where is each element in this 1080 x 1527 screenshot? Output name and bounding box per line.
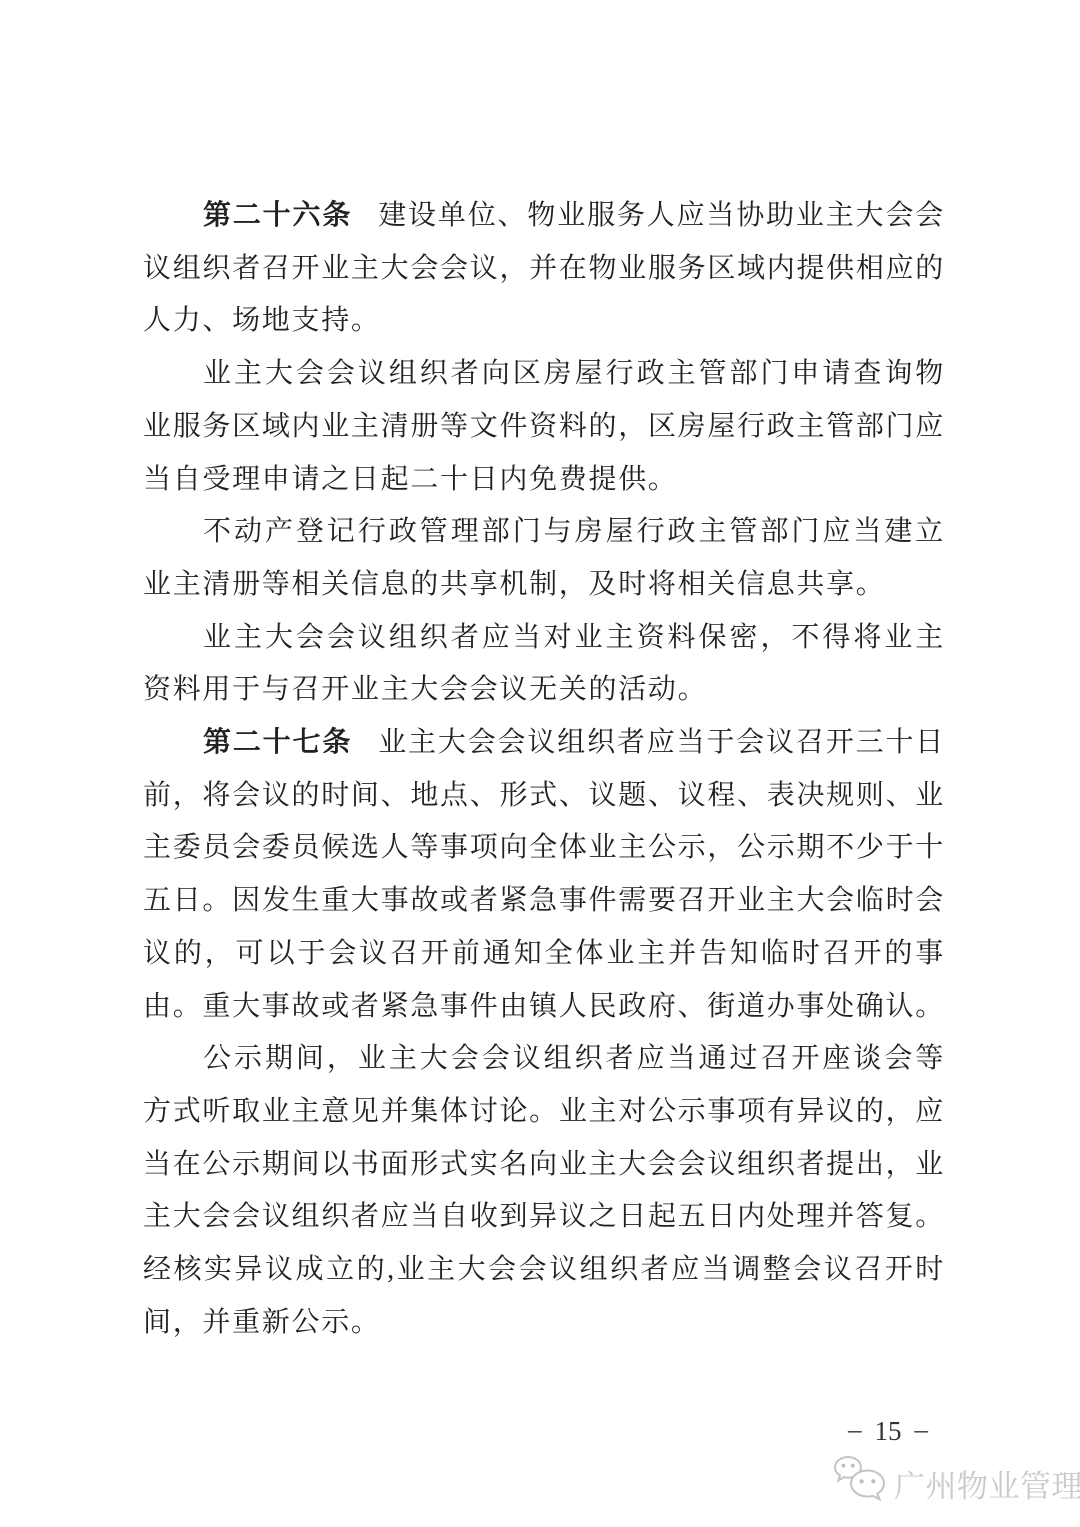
- paragraph-text: 业主大会会议组织者向区房屋行政主管部门申请查询物业服务区域内业主清册等文件资料的…: [143, 358, 945, 494]
- paragraph: 业主大会会议组织者向区房屋行政主管部门申请查询物业服务区域内业主清册等文件资料的…: [143, 348, 945, 506]
- document-body: 第二十六条建设单位、物业服务人应当协助业主大会会议组织者召开业主大会会议，并在物…: [143, 190, 945, 1349]
- paragraph-article-26: 第二十六条建设单位、物业服务人应当协助业主大会会议组织者召开业主大会会议，并在物…: [143, 190, 945, 348]
- watermark-text: 广州物业管理: [894, 1461, 1080, 1506]
- paragraph-article-27: 第二十七条业主大会会议组织者应当于会议召开三十日前，将会议的时间、地点、形式、议…: [143, 717, 945, 1033]
- article-27-number: 第二十七条: [203, 727, 352, 758]
- paragraph-text: 业主大会会议组织者应当于会议召开三十日前，将会议的时间、地点、形式、议题、议程、…: [143, 727, 945, 1022]
- page-number-value: 15: [875, 1416, 902, 1446]
- paragraph-text: 业主大会会议组织者应当对业主资料保密，不得将业主资料用于与召开业主大会会议无关的…: [143, 622, 945, 706]
- wechat-icon: [831, 1454, 889, 1512]
- document-page: 第二十六条建设单位、物业服务人应当协助业主大会会议组织者召开业主大会会议，并在物…: [0, 0, 1080, 1527]
- paragraph-text: 公示期间，业主大会会议组织者应当通过召开座谈会等方式听取业主意见并集体讨论。业主…: [143, 1043, 945, 1338]
- article-26-number: 第二十六条: [203, 200, 352, 231]
- paragraph: 公示期间，业主大会会议组织者应当通过召开座谈会等方式听取业主意见并集体讨论。业主…: [143, 1033, 945, 1349]
- page-number-left-dash: –: [848, 1414, 862, 1445]
- paragraph: 不动产登记行政管理部门与房屋行政主管部门应当建立业主清册等相关信息的共享机制，及…: [143, 506, 945, 611]
- paragraph-text: 不动产登记行政管理部门与房屋行政主管部门应当建立业主清册等相关信息的共享机制，及…: [143, 516, 945, 600]
- page-number-right-dash: –: [915, 1414, 929, 1445]
- paragraph: 业主大会会议组织者应当对业主资料保密，不得将业主资料用于与召开业主大会会议无关的…: [143, 612, 945, 717]
- page-number: –15–: [0, 1416, 941, 1447]
- watermark: 广州物业管理: [831, 1454, 1080, 1512]
